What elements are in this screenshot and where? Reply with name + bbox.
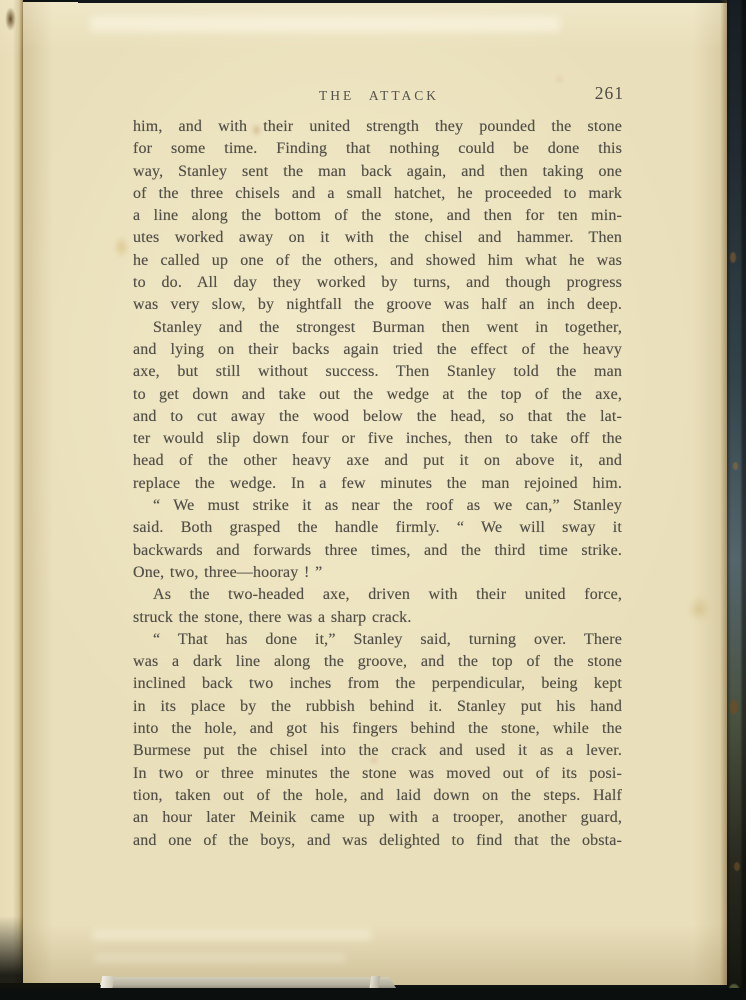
text-line: into the hole, and got his fingers behin… bbox=[133, 718, 622, 740]
text-line: he called up one of the others, and show… bbox=[133, 250, 622, 272]
book-scan: THE ATTACK 261 him, and with their unite… bbox=[0, 0, 746, 1000]
text-line: In two or three minutes the stone was mo… bbox=[133, 763, 622, 785]
text-line: utes worked away on it with the chisel a… bbox=[133, 227, 622, 249]
fore-edge-speck bbox=[730, 700, 738, 714]
text-line: of the three chisels and a small hatchet… bbox=[133, 183, 622, 205]
text-line: Stanley and the strongest Burman then we… bbox=[133, 317, 622, 339]
text-line: “ That has done it,” Stanley said, turni… bbox=[133, 629, 622, 651]
text-line: and one of the boys, and was delighted t… bbox=[133, 830, 622, 852]
running-header: THE ATTACK 261 bbox=[133, 85, 625, 107]
text-line: an hour later Meinik came up with a troo… bbox=[133, 807, 622, 829]
text-line: and to cut away the wood below the head,… bbox=[133, 406, 622, 428]
text-line: “ We must strike it as near the roof as … bbox=[133, 495, 622, 517]
fore-edge-speck bbox=[734, 862, 740, 871]
text-line: in its place by the rubbish behind it. S… bbox=[133, 696, 622, 718]
fore-edge-speck bbox=[730, 252, 736, 263]
text-line: One, two, three—hooray ! ” bbox=[133, 562, 622, 584]
text-line: a line along the bottom of the stone, an… bbox=[133, 205, 622, 227]
text-line: axe, but still without success. Then Sta… bbox=[133, 361, 622, 383]
text-line: to do. All day they worked by turns, and… bbox=[133, 272, 622, 294]
text-block: him, and with their united strength they… bbox=[133, 116, 622, 852]
scanner-light-streak bbox=[95, 954, 345, 962]
text-line: As the two-headed axe, driven with their… bbox=[133, 584, 622, 606]
text-line: for some time. Finding that nothing coul… bbox=[133, 138, 622, 160]
page-stain bbox=[114, 236, 129, 258]
text-line: was very slow, by nightfall the groove w… bbox=[133, 294, 622, 316]
text-line: replace the wedge. In a few minutes the … bbox=[133, 473, 622, 495]
text-line: ter would slip down four or five inches,… bbox=[133, 428, 622, 450]
text-line: head of the other heavy axe and put it o… bbox=[133, 450, 622, 472]
text-line: inclined back two inches from the perpen… bbox=[133, 673, 622, 695]
text-line: was a dark line along the groove, and th… bbox=[133, 651, 622, 673]
text-line: tion, taken out of the hole, and laid do… bbox=[133, 785, 622, 807]
text-line: and lying on their backs again tried the… bbox=[133, 339, 622, 361]
scanner-light-streak bbox=[92, 930, 372, 940]
book-fore-edge bbox=[727, 0, 746, 1000]
chapter-title: THE ATTACK bbox=[133, 88, 625, 104]
binding-gutter bbox=[0, 0, 23, 985]
text-line: way, Stanley sent the man back again, an… bbox=[133, 161, 622, 183]
gutter-ink-spot bbox=[5, 7, 16, 31]
page-stain bbox=[556, 76, 563, 83]
text-line: struck the stone, there was a sharp crac… bbox=[133, 607, 622, 629]
text-line: Burmese put the chisel into the crack an… bbox=[133, 740, 622, 762]
table-surface bbox=[0, 988, 746, 1000]
scan-top-edge bbox=[78, 0, 746, 3]
scanner-light-streak bbox=[90, 16, 560, 32]
text-line: backwards and forwards three times, and … bbox=[133, 540, 622, 562]
page-number: 261 bbox=[595, 83, 624, 104]
text-line: to get down and take out the wedge at th… bbox=[133, 384, 622, 406]
page-stain bbox=[688, 596, 710, 622]
text-line: him, and with their united strength they… bbox=[133, 116, 622, 138]
text-line: said. Both grasped the handle firmly. “ … bbox=[133, 517, 622, 539]
fore-edge-speck bbox=[733, 462, 738, 470]
